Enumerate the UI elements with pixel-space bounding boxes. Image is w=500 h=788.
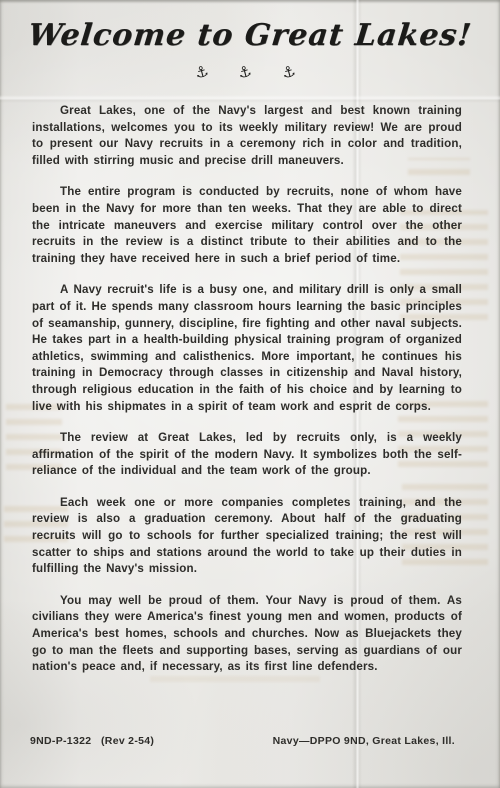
anchor-icon: ⚓ bbox=[193, 62, 211, 83]
footer-imprint: Navy—DPPO 9ND, Great Lakes, Ill. bbox=[273, 735, 455, 747]
pamphlet-page: Welcome to Great Lakes! ⚓ ⚓ ⚓ Great Lake… bbox=[0, 0, 500, 788]
paper-fold-crease-horizontal bbox=[0, 95, 500, 103]
paragraph-proud: You may well be proud of them. Your Navy… bbox=[32, 593, 462, 676]
anchor-icon: ⚓ bbox=[280, 62, 298, 83]
anchor-row: ⚓ ⚓ ⚓ bbox=[0, 63, 490, 81]
footer-form-number: 9ND-P-1322 (Rev 2-54) bbox=[30, 735, 154, 747]
anchor-icon: ⚓ bbox=[236, 62, 254, 83]
footer: 9ND-P-1322 (Rev 2-54) Navy—DPPO 9ND, Gre… bbox=[30, 735, 455, 747]
paragraph-welcome: Great Lakes, one of the Navy's largest a… bbox=[32, 103, 462, 169]
paragraph-review-spirit: The review at Great Lakes, led by recrui… bbox=[32, 430, 462, 480]
body-text: Great Lakes, one of the Navy's largest a… bbox=[32, 103, 462, 691]
paragraph-recruit-life: A Navy recruit's life is a busy one, and… bbox=[32, 282, 462, 415]
paragraph-graduation: Each week one or more companies complete… bbox=[32, 495, 462, 578]
paragraph-program: The entire program is conducted by recru… bbox=[32, 184, 462, 267]
page-title: Welcome to Great Lakes! bbox=[0, 18, 500, 53]
